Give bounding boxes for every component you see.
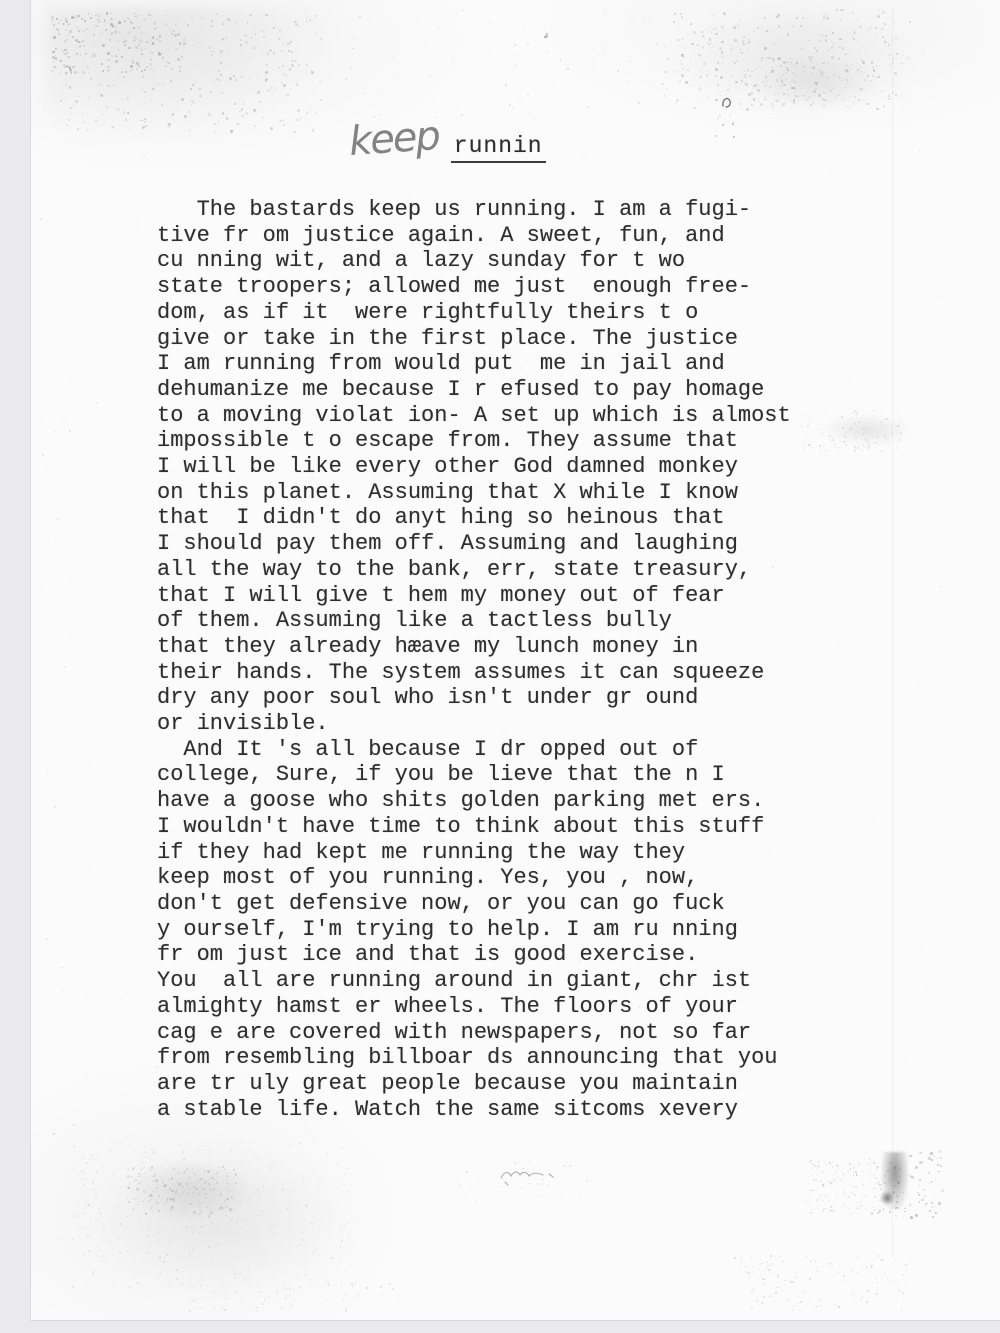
dust-speck <box>58 1054 59 1055</box>
dust-speck <box>126 992 127 993</box>
dust-speck <box>880 1177 881 1178</box>
dust-speck <box>64 66 66 68</box>
dust-speck <box>144 1167 146 1169</box>
dust-speck <box>176 1269 178 1271</box>
dust-speck <box>115 31 117 33</box>
dust-speck <box>222 1166 224 1168</box>
dust-speck <box>819 1299 821 1301</box>
dust-speck <box>845 436 847 438</box>
dust-speck <box>837 422 838 423</box>
dust-speck <box>921 1199 924 1202</box>
dust-speck <box>328 1282 330 1284</box>
dust-speck <box>787 67 788 68</box>
dust-speck <box>808 40 810 42</box>
dust-speck <box>315 33 318 36</box>
dust-speck <box>55 55 56 56</box>
dust-speck <box>834 1304 835 1305</box>
dust-speck <box>77 1206 79 1208</box>
dust-speck <box>87 66 89 68</box>
dust-speck <box>200 1177 201 1178</box>
dust-speck <box>72 36 74 38</box>
dust-speck <box>214 1293 215 1294</box>
dust-speck <box>791 80 793 82</box>
dust-speck <box>72 1286 74 1288</box>
dust-speck <box>154 1150 156 1152</box>
dust-speck <box>212 1257 214 1259</box>
dust-speck <box>182 1284 183 1285</box>
dust-speck <box>676 103 678 105</box>
dust-speck <box>108 1235 109 1236</box>
dust-speck <box>66 124 68 126</box>
dust-speck <box>845 413 846 414</box>
dust-speck <box>882 36 884 38</box>
dust-speck <box>786 1298 787 1299</box>
dust-speck <box>803 95 804 96</box>
dust-speck <box>131 70 133 72</box>
dust-speck <box>434 103 435 104</box>
dust-speck <box>157 83 160 86</box>
dust-speck <box>745 77 747 79</box>
dust-speck <box>282 65 284 67</box>
dust-speck <box>823 15 825 17</box>
dust-speck <box>272 1225 273 1226</box>
dust-speck <box>244 1299 246 1301</box>
dust-speck <box>135 46 138 49</box>
dust-speck <box>162 1181 165 1184</box>
dust-speck <box>194 1239 196 1241</box>
dust-speck <box>229 1210 230 1211</box>
dust-speck <box>214 1246 216 1248</box>
dust-speck <box>896 415 897 416</box>
dust-speck <box>831 173 833 175</box>
dust-speck <box>910 1216 913 1219</box>
dust-speck <box>135 16 136 17</box>
dust-speck <box>97 1212 98 1213</box>
dust-speck <box>84 1227 86 1229</box>
dust-speck <box>88 1204 90 1206</box>
dust-speck <box>216 1172 218 1174</box>
dust-speck <box>842 47 845 50</box>
dust-speck <box>845 1188 846 1189</box>
dust-speck <box>905 1270 906 1271</box>
dust-speck <box>336 1202 337 1203</box>
dust-speck <box>775 99 777 101</box>
dust-speck <box>794 81 796 83</box>
dust-speck <box>859 1213 860 1214</box>
dust-speck <box>170 1206 173 1209</box>
dust-speck <box>209 1260 211 1262</box>
dust-speck <box>224 1289 226 1291</box>
dust-speck <box>289 68 292 71</box>
dust-speck <box>300 117 302 119</box>
dust-speck <box>858 1163 860 1165</box>
dust-speck <box>544 31 546 33</box>
dust-speck <box>823 446 825 448</box>
dust-speck <box>84 41 85 42</box>
dust-speck <box>289 1237 291 1239</box>
dust-speck <box>118 1239 119 1240</box>
dust-speck <box>187 1203 189 1205</box>
dust-speck <box>192 1287 194 1289</box>
dust-speck <box>147 1235 149 1237</box>
dust-speck <box>224 1309 226 1311</box>
dust-speck <box>306 20 307 21</box>
dust-speck <box>857 447 859 449</box>
dust-speck <box>859 25 862 28</box>
dust-speck <box>711 42 712 43</box>
dust-speck <box>879 1200 880 1201</box>
dust-speck <box>795 88 797 90</box>
dust-speck <box>69 69 72 72</box>
dust-speck <box>600 71 601 72</box>
dust-speck <box>753 98 755 100</box>
dust-speck <box>186 1183 188 1185</box>
dust-speck <box>818 69 820 71</box>
dust-speck <box>246 1289 247 1290</box>
dust-speck <box>870 80 872 82</box>
ink-blotch-dot <box>880 1190 894 1206</box>
dust-speck <box>888 44 889 45</box>
dust-speck <box>129 128 130 129</box>
dust-speck <box>643 21 645 23</box>
dust-speck <box>84 1074 85 1075</box>
dust-speck <box>777 14 779 16</box>
dust-speck <box>811 1160 813 1162</box>
dust-speck <box>132 61 135 64</box>
dust-speck <box>874 1187 876 1189</box>
dust-speck <box>247 1158 248 1159</box>
dust-speck <box>264 1221 265 1222</box>
dust-speck <box>776 101 777 102</box>
dust-speck <box>185 1173 186 1174</box>
dust-speck <box>546 51 548 53</box>
dust-speck <box>823 92 824 93</box>
dust-speck <box>857 1272 858 1273</box>
dust-speck <box>111 18 113 20</box>
dust-speck <box>120 1223 122 1225</box>
dust-speck <box>546 33 548 35</box>
dust-speck <box>747 1272 749 1274</box>
dust-speck <box>783 106 784 107</box>
dust-speck <box>273 52 275 54</box>
dust-speck <box>283 1240 284 1241</box>
dust-speck <box>238 1240 239 1241</box>
dust-speck <box>324 1203 326 1205</box>
dust-speck <box>824 63 825 64</box>
dust-speck <box>345 1310 347 1312</box>
dust-speck <box>693 31 696 34</box>
dust-speck <box>239 1301 241 1303</box>
dust-speck <box>40 218 42 220</box>
dust-speck <box>874 442 875 443</box>
dust-speck <box>179 1160 181 1162</box>
dust-speck <box>797 1296 798 1297</box>
dust-speck <box>397 1296 398 1297</box>
dust-speck <box>85 1197 86 1198</box>
dust-speck <box>200 1218 201 1219</box>
dust-speck <box>255 1159 256 1160</box>
dust-speck <box>860 89 863 92</box>
dust-speck <box>706 74 709 77</box>
dust-speck <box>280 120 281 121</box>
dust-speck <box>814 1190 815 1191</box>
dust-speck <box>67 66 69 68</box>
dust-speck <box>446 18 447 19</box>
dust-speck <box>338 1276 340 1278</box>
dust-speck <box>846 79 848 81</box>
pencil-scribble-bottom <box>499 1165 561 1189</box>
dust-speck <box>136 68 138 70</box>
dust-speck <box>260 1195 261 1196</box>
dust-speck <box>221 1160 222 1161</box>
dust-speck <box>831 41 832 42</box>
dust-speck <box>901 1309 903 1311</box>
dust-speck <box>875 27 877 29</box>
dust-speck <box>857 907 858 908</box>
dust-speck <box>102 1255 104 1257</box>
dust-speck <box>823 17 825 19</box>
dust-speck <box>359 1294 360 1295</box>
dust-speck <box>450 30 451 31</box>
dust-speck <box>133 1289 134 1290</box>
dust-speck <box>707 42 708 43</box>
dust-speck <box>101 111 102 112</box>
dust-speck <box>276 1303 277 1304</box>
dust-speck <box>267 1296 269 1298</box>
dust-speck <box>348 1235 349 1236</box>
dust-speck <box>256 1307 257 1308</box>
dust-speck <box>541 1183 543 1185</box>
dust-speck <box>775 1292 777 1294</box>
dust-speck <box>514 44 516 46</box>
dust-speck <box>867 1291 869 1293</box>
dust-speck <box>220 50 223 53</box>
dust-speck <box>59 72 60 73</box>
dust-speck <box>918 1161 921 1164</box>
dust-speck <box>861 59 863 61</box>
dust-speck <box>97 1219 99 1221</box>
dust-speck <box>857 1257 859 1259</box>
dust-speck <box>795 1272 797 1274</box>
dust-speck <box>112 1271 114 1273</box>
dust-speck <box>884 23 886 25</box>
dust-speck <box>84 57 85 58</box>
dust-speck <box>810 59 812 61</box>
dust-speck <box>853 38 855 40</box>
dust-speck <box>197 1205 199 1207</box>
dust-speck <box>187 24 189 26</box>
dust-speck <box>152 1195 153 1196</box>
dust-speck <box>632 19 634 21</box>
dust-speck <box>186 1227 188 1229</box>
dust-speck <box>303 1181 304 1182</box>
dust-speck <box>326 1300 327 1301</box>
dust-speck <box>151 15 152 16</box>
dust-speck <box>826 1196 827 1197</box>
dust-speck <box>48 538 50 540</box>
dust-speck <box>732 123 734 125</box>
dust-speck <box>141 48 142 49</box>
dust-speck <box>309 1192 310 1193</box>
dust-speck <box>140 1257 142 1259</box>
dust-speck <box>59 60 60 61</box>
dust-speck <box>208 1226 209 1227</box>
dust-speck <box>242 100 243 101</box>
dust-speck <box>206 1285 207 1286</box>
photocopy-smudge-top-right-lower <box>751 55 881 110</box>
dust-speck <box>897 443 898 444</box>
dust-speck <box>199 95 202 98</box>
dust-speck <box>842 79 843 80</box>
dust-speck <box>193 1187 195 1189</box>
dust-speck <box>748 93 751 96</box>
dust-speck <box>471 55 473 57</box>
dust-speck <box>54 66 57 69</box>
dust-speck <box>113 1282 114 1283</box>
dust-speck <box>276 1164 277 1165</box>
dust-speck <box>172 113 174 115</box>
dust-speck <box>333 1151 334 1152</box>
dust-speck <box>200 1210 202 1212</box>
dust-speck <box>125 40 127 42</box>
dust-speck <box>808 421 810 423</box>
dust-speck <box>931 1181 933 1183</box>
dust-speck <box>178 1172 181 1175</box>
dust-speck <box>316 1280 317 1281</box>
dust-speck <box>75 100 78 103</box>
dust-speck <box>283 73 286 76</box>
dust-speck <box>547 1185 549 1187</box>
dust-speck <box>223 1284 225 1286</box>
dust-speck <box>304 1226 305 1227</box>
dust-speck <box>777 1275 779 1277</box>
dust-speck <box>820 40 821 41</box>
dust-speck <box>262 1303 264 1305</box>
dust-speck <box>636 10 637 11</box>
dust-speck <box>429 75 431 77</box>
dust-speck <box>69 23 71 25</box>
dust-speck <box>236 22 239 25</box>
dust-speck <box>75 39 78 42</box>
dust-speck <box>882 11 885 14</box>
dust-speck <box>834 1275 835 1276</box>
dust-speck <box>758 101 760 103</box>
dust-speck <box>74 1215 76 1217</box>
dust-speck <box>883 1288 884 1289</box>
dust-speck <box>585 1170 587 1172</box>
dust-speck <box>126 1154 127 1155</box>
dust-speck <box>812 17 813 18</box>
dust-speck <box>274 54 276 56</box>
dust-speck <box>229 1208 232 1211</box>
dust-speck <box>71 701 72 702</box>
dust-speck <box>142 126 145 129</box>
dust-speck <box>828 62 829 63</box>
dust-speck <box>751 104 753 106</box>
dust-speck <box>176 1189 178 1191</box>
dust-speck <box>248 1239 249 1240</box>
dust-speck <box>677 26 679 28</box>
dust-speck <box>812 1168 813 1169</box>
dust-speck <box>270 127 273 130</box>
dust-speck <box>855 1171 857 1173</box>
dust-speck <box>294 60 297 63</box>
dust-speck <box>191 104 192 105</box>
dust-speck <box>123 111 126 114</box>
dust-speck <box>241 1193 242 1194</box>
dust-speck <box>226 1183 227 1184</box>
dust-speck <box>198 1169 200 1171</box>
dust-speck <box>265 71 268 74</box>
dust-speck <box>860 1205 861 1206</box>
dust-speck <box>177 1183 178 1184</box>
dust-speck <box>937 1158 938 1159</box>
dust-speck <box>164 1257 166 1259</box>
dust-speck <box>148 14 150 16</box>
dust-speck <box>87 116 89 118</box>
dust-speck <box>768 1269 770 1271</box>
dust-speck <box>45 469 47 471</box>
dust-speck <box>844 412 845 413</box>
dust-speck <box>503 1179 505 1181</box>
dust-speck <box>814 47 816 49</box>
dust-speck <box>850 1269 851 1270</box>
dust-speck <box>344 1174 346 1176</box>
dust-speck <box>110 18 112 20</box>
dust-speck <box>267 1222 269 1224</box>
dust-speck <box>319 81 320 82</box>
dust-speck <box>903 107 905 109</box>
dust-speck <box>940 297 942 299</box>
dust-speck <box>216 1265 217 1266</box>
dust-speck <box>349 1152 350 1153</box>
dust-speck <box>285 95 287 97</box>
dust-speck <box>82 466 83 467</box>
dust-speck <box>261 1291 263 1293</box>
dust-speck <box>932 1216 934 1218</box>
ink-blotch <box>882 1152 908 1210</box>
dust-speck <box>792 59 793 60</box>
dust-speck <box>863 1194 864 1195</box>
dust-speck <box>513 1182 514 1183</box>
dust-speck <box>192 1249 194 1251</box>
dust-speck <box>102 95 103 96</box>
dust-speck <box>139 40 142 43</box>
dust-speck <box>814 1213 815 1214</box>
dust-speck <box>836 1194 838 1196</box>
dust-speck <box>241 1226 242 1227</box>
dust-speck <box>737 42 738 43</box>
dust-speck <box>821 35 823 37</box>
dust-speck <box>766 57 768 59</box>
dust-speck <box>220 1157 221 1158</box>
dust-speck <box>773 61 775 63</box>
dust-speck <box>817 34 818 35</box>
dust-speck <box>769 86 771 88</box>
dust-speck <box>924 1195 926 1197</box>
dust-speck <box>862 1293 863 1294</box>
dust-speck <box>119 31 121 33</box>
dust-speck <box>884 438 886 440</box>
dust-speck <box>740 83 741 84</box>
dust-speck <box>876 1183 878 1185</box>
dust-speck <box>241 108 244 111</box>
dust-speck <box>331 1214 333 1216</box>
dust-speck <box>60 60 62 62</box>
dust-speck <box>931 1202 933 1204</box>
dust-speck <box>348 1168 349 1169</box>
dust-speck <box>193 1300 194 1301</box>
